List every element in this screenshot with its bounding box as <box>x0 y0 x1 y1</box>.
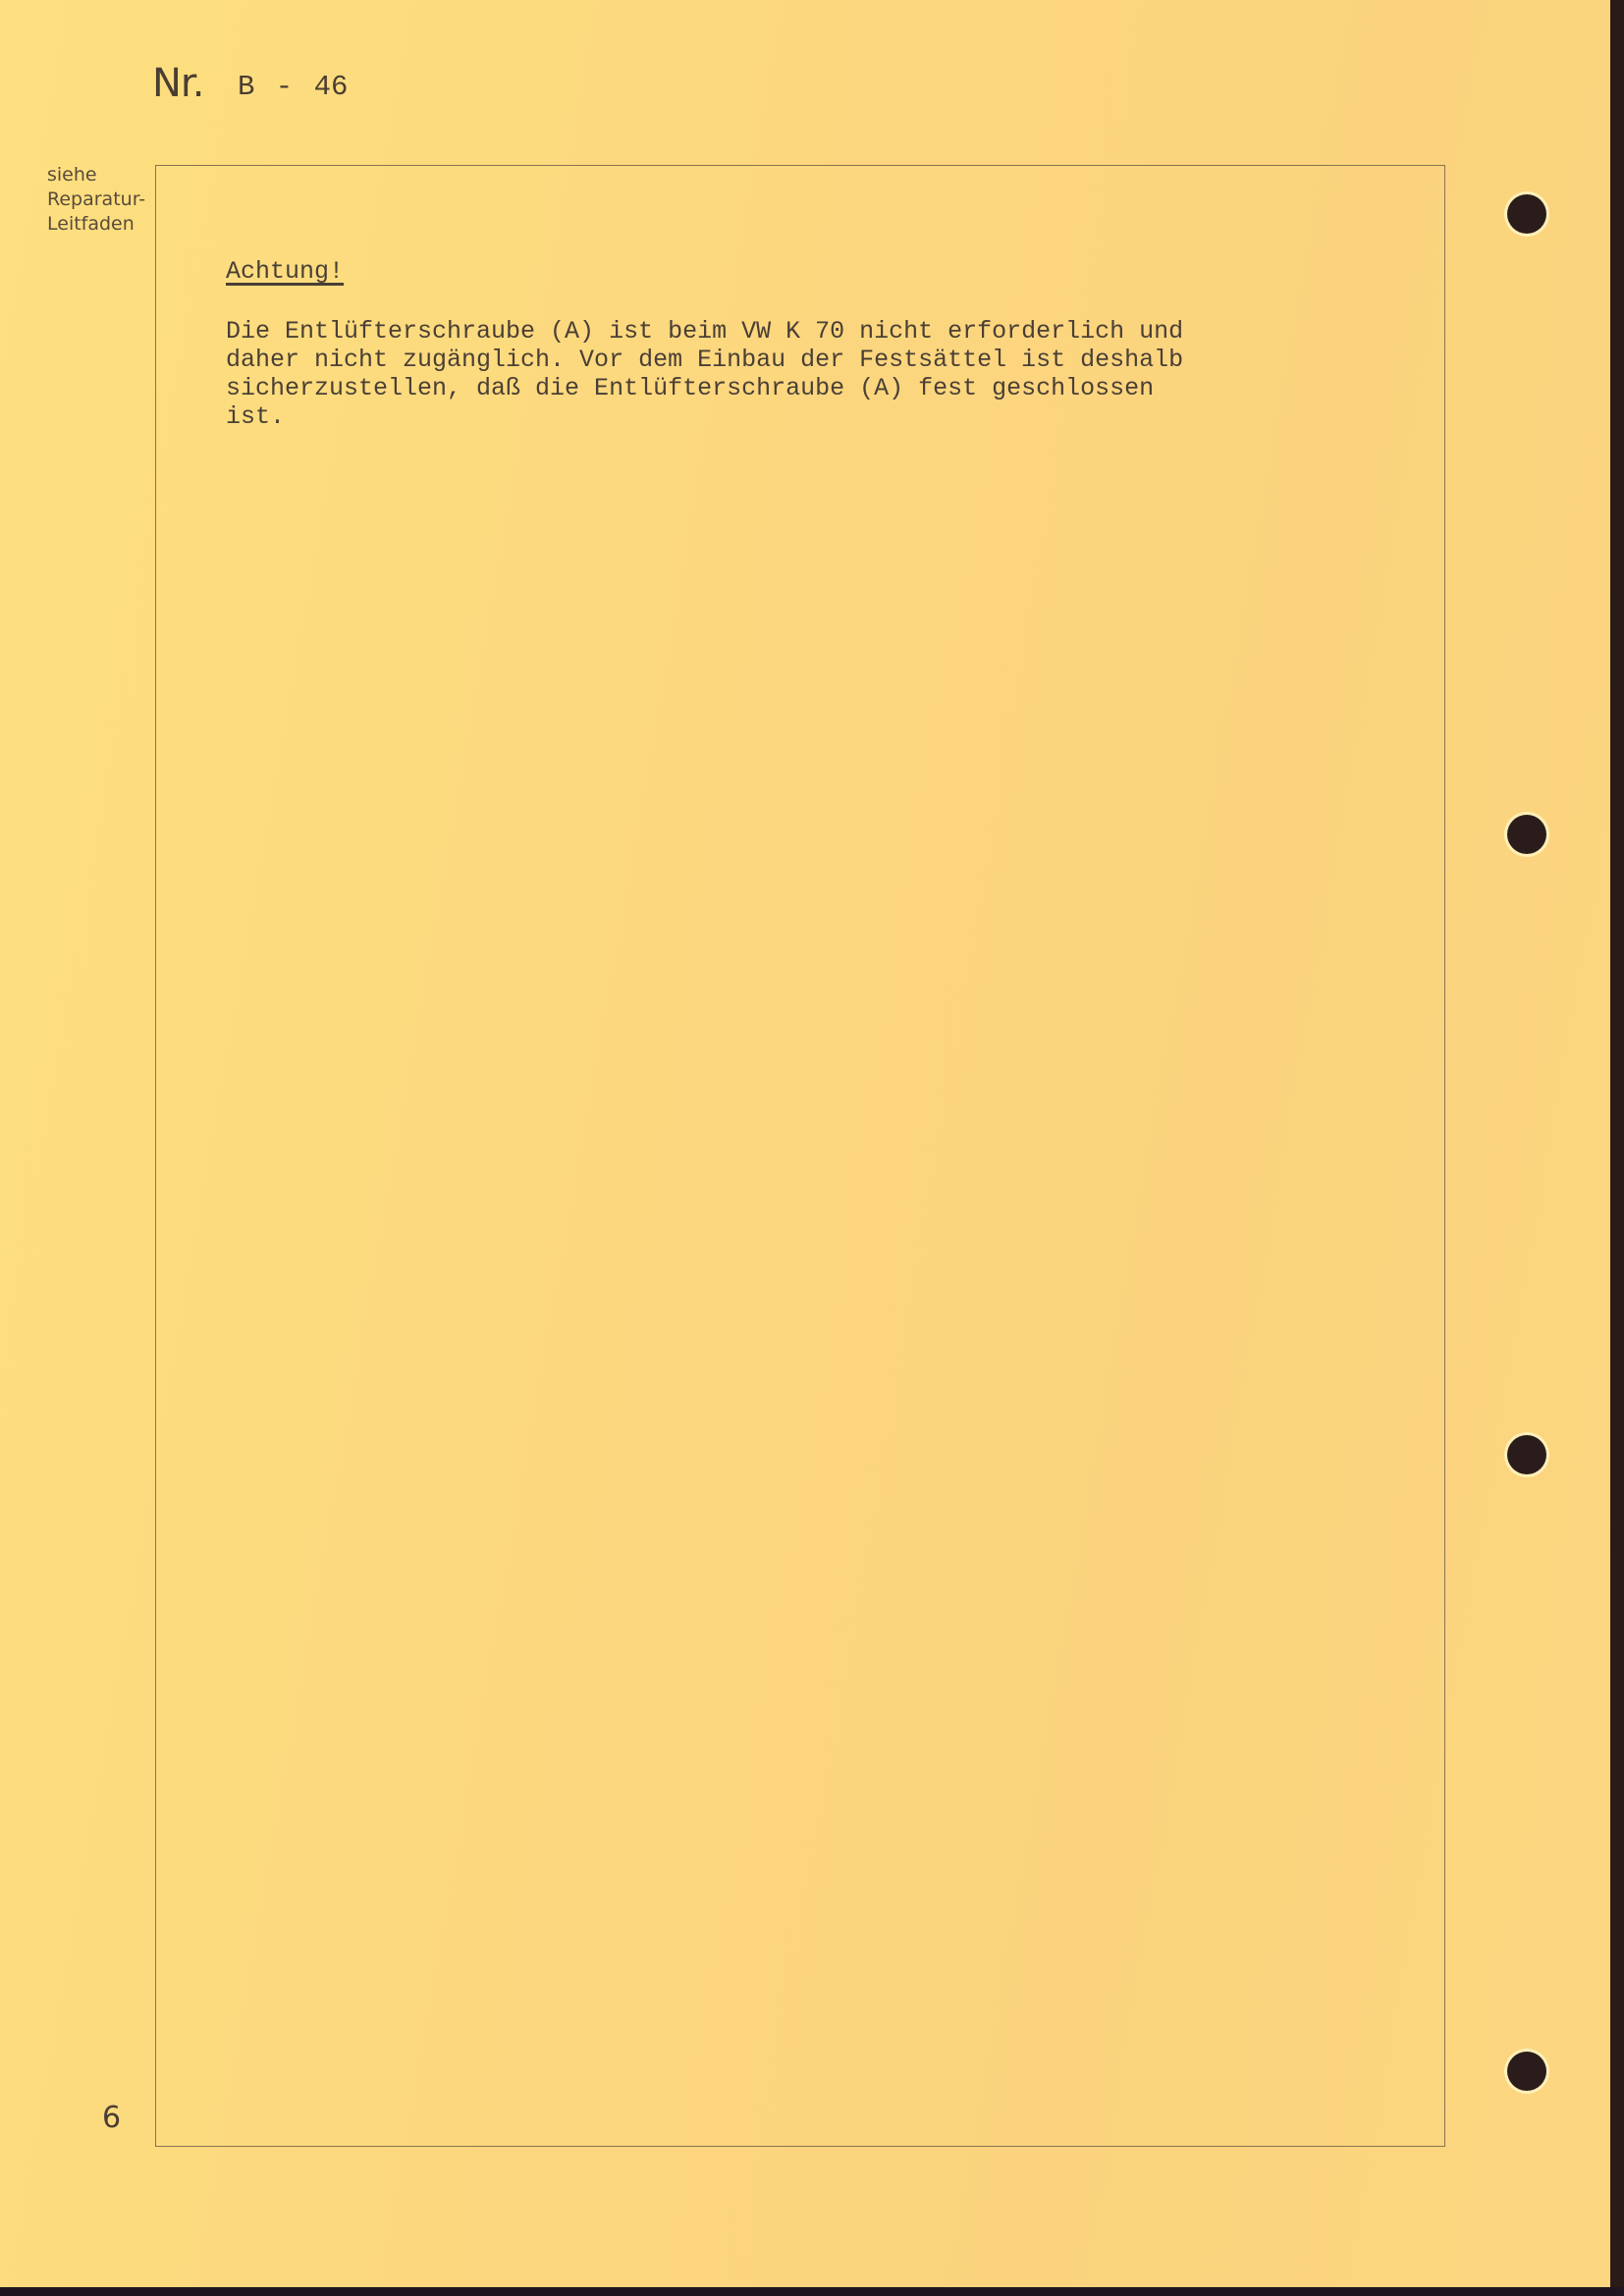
notice-line: daher nicht zugänglich. Vor dem Einbau d… <box>226 346 1404 374</box>
notice-line: ist. <box>226 402 1404 431</box>
margin-note-line: Reparatur- <box>47 187 155 212</box>
scan-bottom-edge <box>0 2287 1624 2296</box>
document-page: Nr. B - 46 siehe Reparatur- Leitfaden Ac… <box>0 0 1610 2287</box>
punch-hole-icon <box>1507 1435 1546 1474</box>
page-number: 6 <box>102 2101 121 2135</box>
punch-hole-icon <box>1507 815 1546 854</box>
warning-notice: Achtung! Die Entlüfterschraube (A) ist b… <box>226 257 1404 431</box>
notice-body: Die Entlüfterschraube (A) ist beim VW K … <box>226 317 1404 431</box>
content-frame <box>155 165 1445 2147</box>
document-code: B - 46 <box>238 71 348 103</box>
punch-hole-icon <box>1507 2052 1546 2091</box>
notice-line: sicherzustellen, daß die Entlüfterschrau… <box>226 374 1404 402</box>
margin-note-line: Leitfaden <box>47 212 155 237</box>
number-label: Nr. <box>152 61 203 106</box>
margin-note-line: siehe <box>47 163 155 187</box>
punch-hole-icon <box>1507 194 1546 234</box>
notice-heading: Achtung! <box>226 257 344 286</box>
margin-reference-note: siehe Reparatur- Leitfaden <box>47 163 155 237</box>
notice-line: Die Entlüfterschraube (A) ist beim VW K … <box>226 317 1404 346</box>
